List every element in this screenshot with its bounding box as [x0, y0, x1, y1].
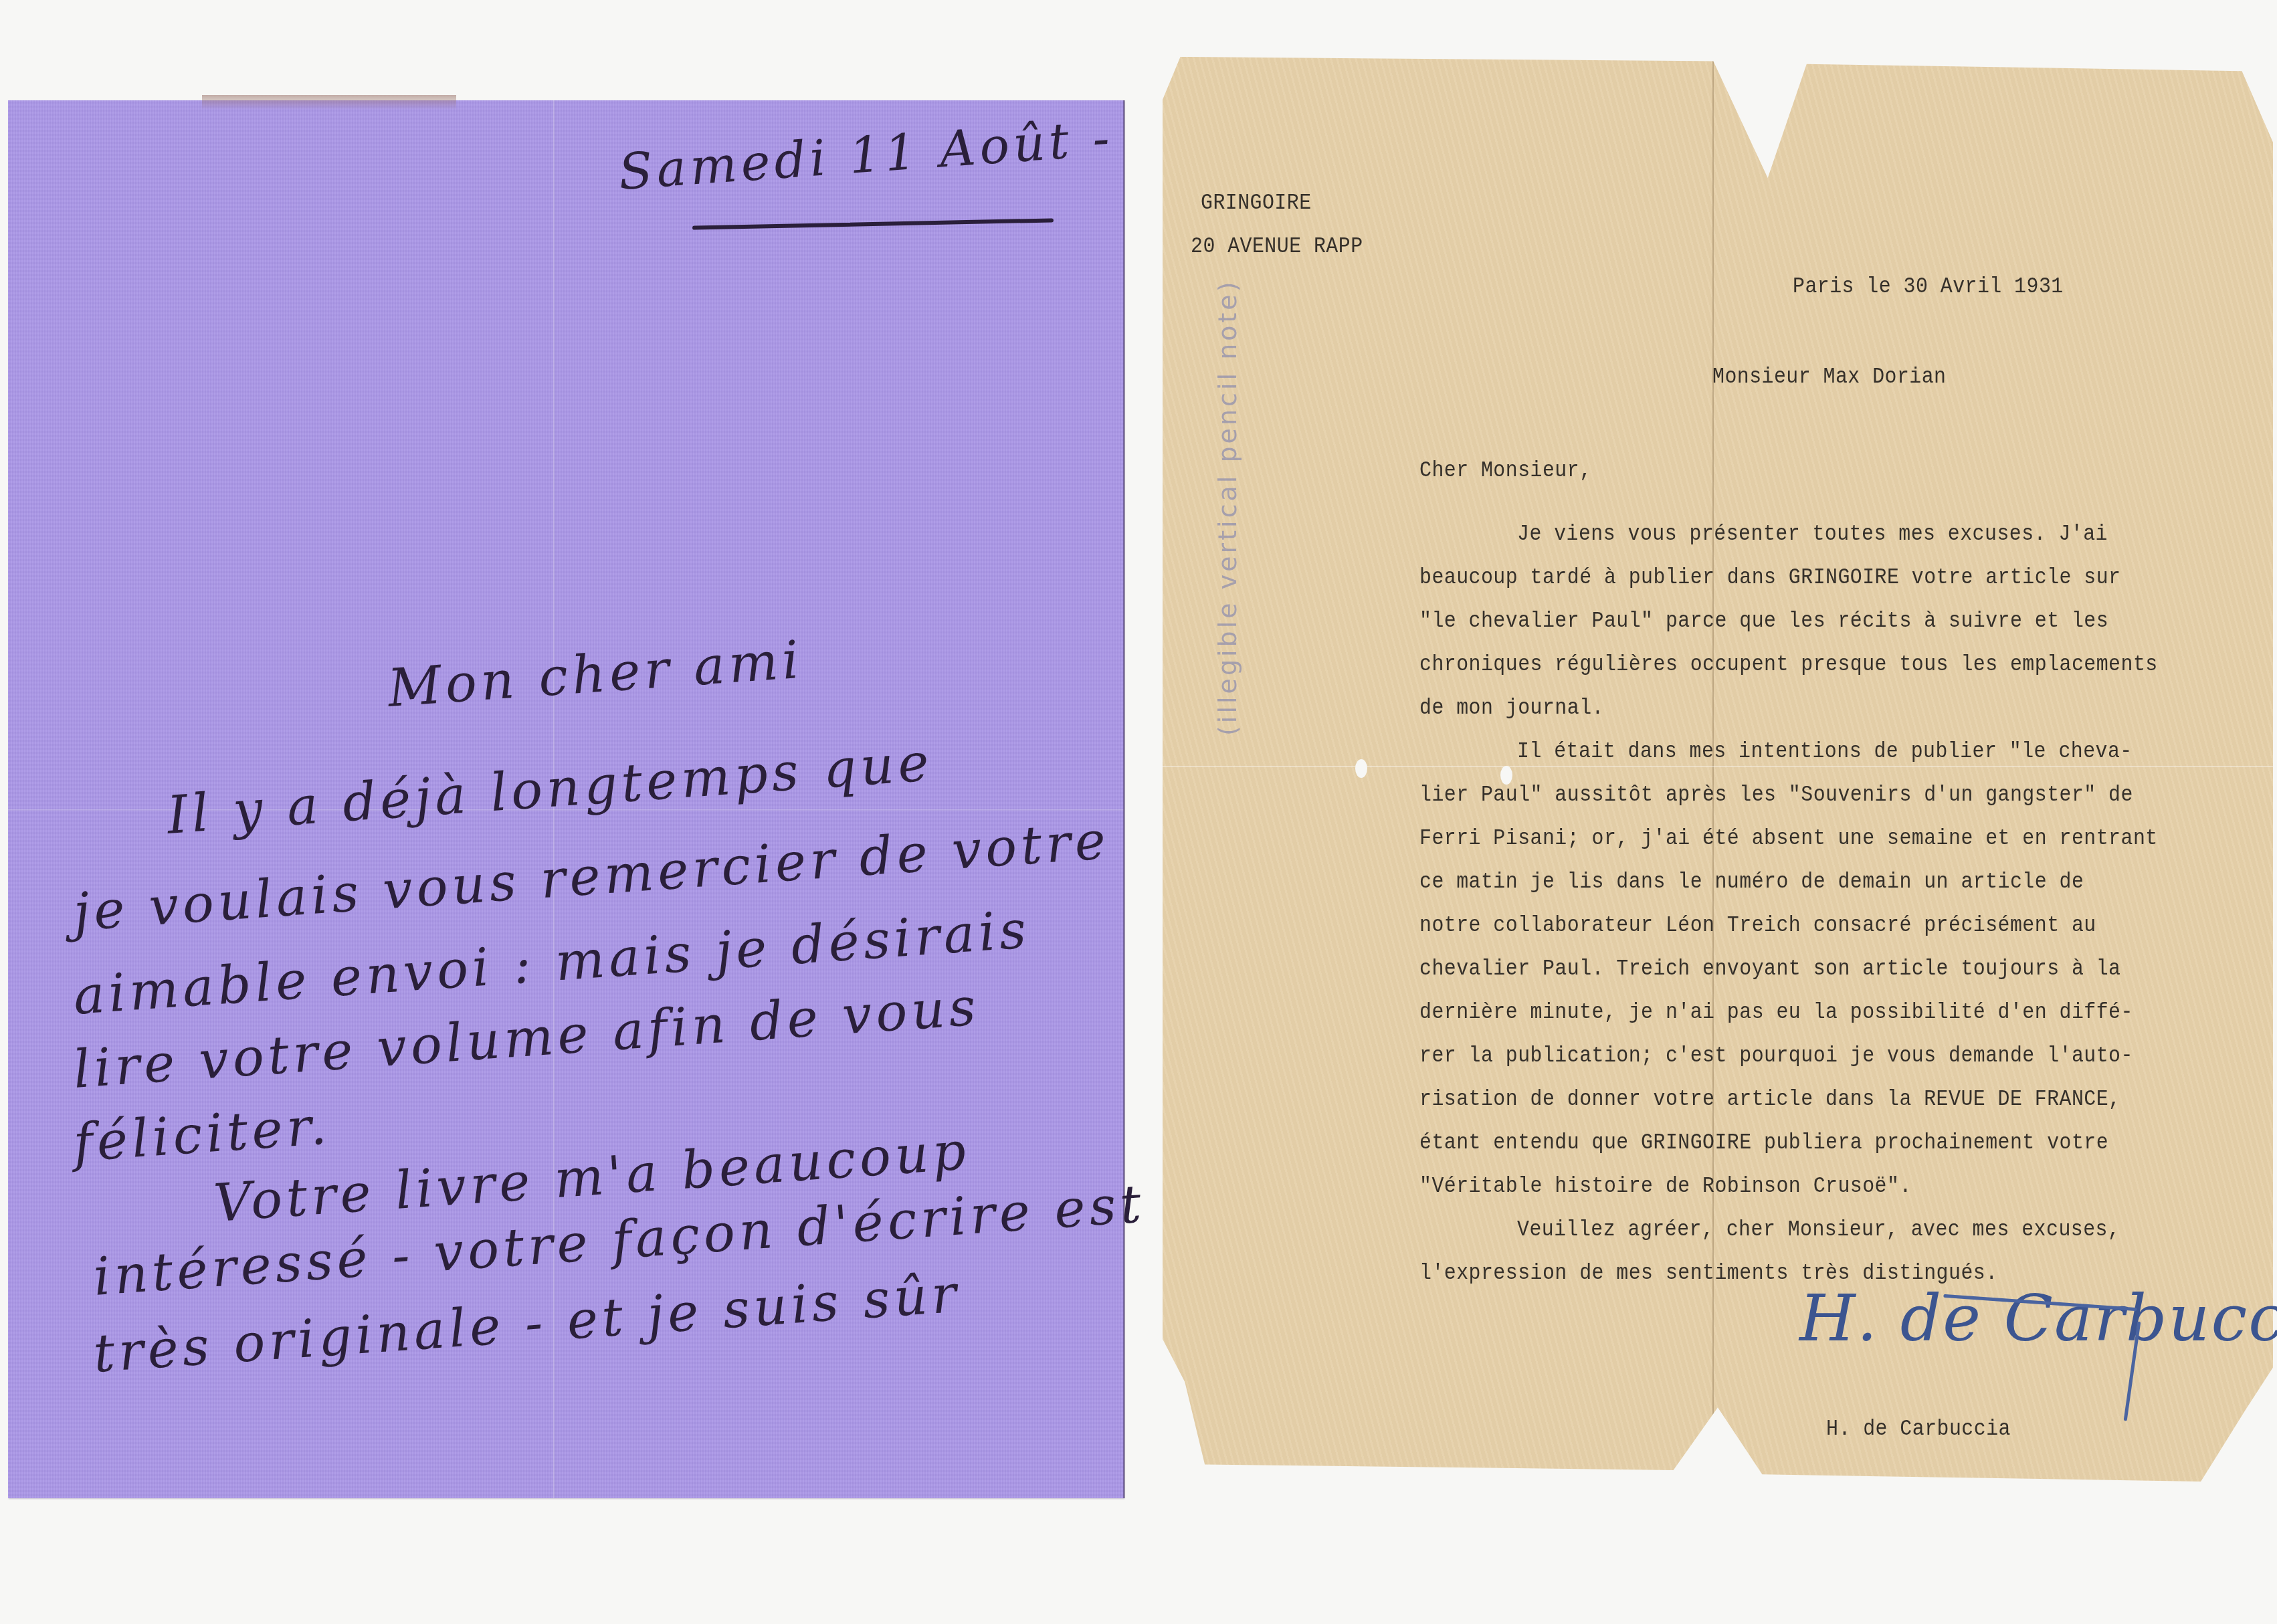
salutation: Cher Monsieur,	[1419, 458, 1592, 484]
body-line: beaucoup tardé à publier dans GRINGOIRE …	[1419, 565, 2121, 591]
recipient: Monsieur Max Dorian	[1712, 365, 1947, 390]
punch-hole	[1500, 766, 1512, 785]
body-line: Je viens vous présenter toutes mes excus…	[1517, 522, 2108, 547]
body-line: ce matin je lis dans le numéro de demain…	[1419, 870, 2084, 895]
letterhead-name: GRINGOIRE	[1201, 191, 1312, 216]
body-line: "le chevalier Paul" parce que les récits…	[1419, 609, 2108, 634]
pencil-annotation: (illegible vertical pencil note)	[1204, 268, 1365, 736]
body-line: Ferri Pisani; or, j'ai été absent une se…	[1419, 826, 2158, 851]
body-line: rer la publication; c'est pourquoi je vo…	[1419, 1043, 2133, 1069]
typed-signature-name: H. de Carbuccia	[1826, 1417, 2011, 1442]
punch-hole	[1355, 759, 1367, 778]
paper-edge	[1123, 100, 1125, 1498]
handwritten-signature: H. de Carbuccia	[1799, 1281, 2277, 1356]
body-line: de mon journal.	[1419, 696, 1604, 721]
letterhead-address: 20 AVENUE RAPP	[1191, 234, 1363, 260]
body-line: lier Paul" aussitôt après les "Souvenirs…	[1419, 783, 2133, 808]
letter-date: Paris le 30 Avril 1931	[1793, 274, 2064, 300]
body-line: risation de donner votre article dans la…	[1419, 1087, 2121, 1112]
body-line: chroniques régulières occupent presque t…	[1419, 652, 2158, 678]
closing-line: Veuillez agréer, cher Monsieur, avec mes…	[1517, 1217, 2120, 1243]
body-line: "Véritable histoire de Robinson Crusoë".	[1419, 1174, 1912, 1199]
body-line: Il était dans mes intentions de publier …	[1517, 739, 2133, 765]
body-line: étant entendu que GRINGOIRE publiera pro…	[1419, 1130, 2108, 1156]
paper-stain	[202, 95, 456, 110]
body-line: notre collaborateur Léon Treich consacré…	[1419, 913, 2096, 938]
body-line: chevalier Paul. Treich envoyant son arti…	[1419, 956, 2121, 982]
fold-crease-horizontal	[1163, 766, 2273, 767]
body-line: dernière minute, je n'ai pas eu la possi…	[1419, 1000, 2133, 1025]
